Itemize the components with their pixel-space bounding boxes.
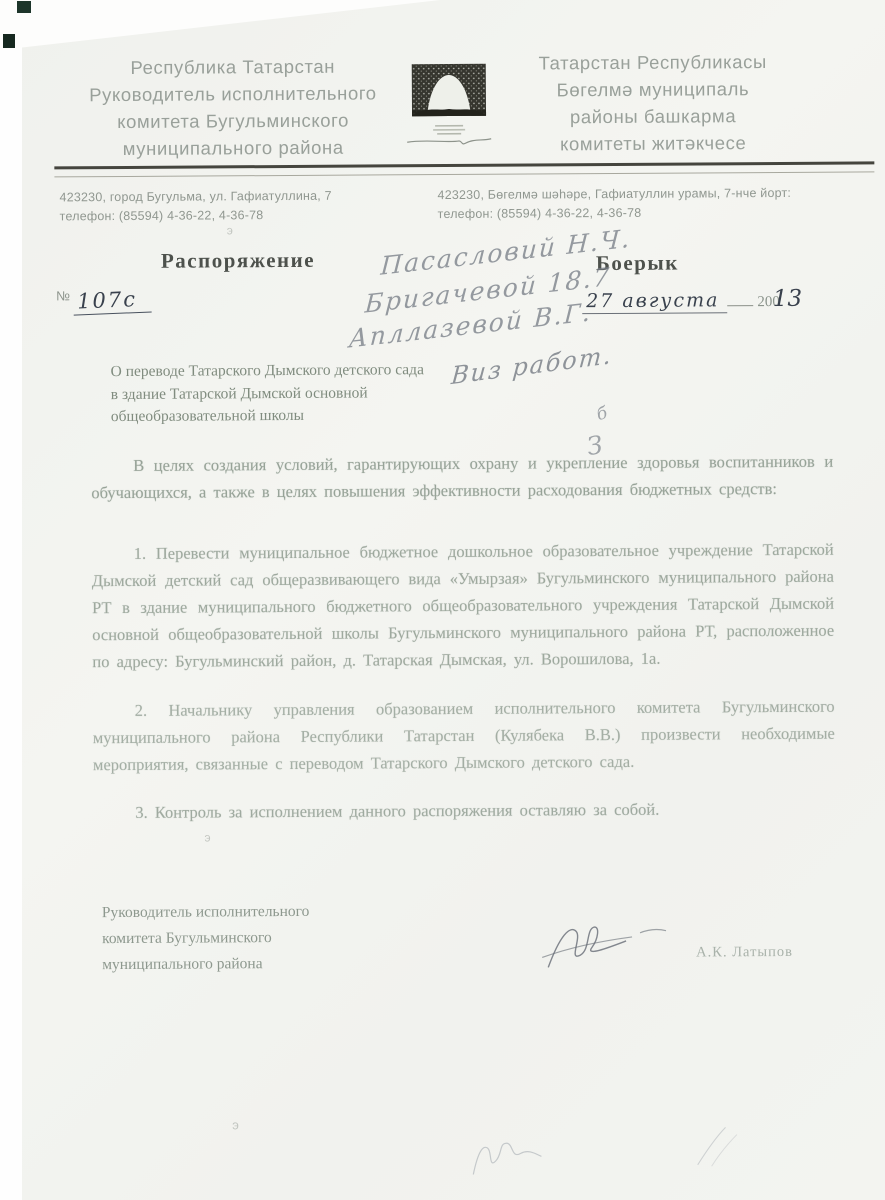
letterhead-line: комитеты житәкчесе <box>483 129 823 158</box>
contact-line: телефон: (85594) 4-36-22, 4-36-78 <box>438 202 868 224</box>
signature-title-line: Руководитель исполнительного <box>102 898 402 926</box>
letterhead-left: Республика Татарстан Руководитель исполн… <box>63 52 404 162</box>
scan-smudge-mark: э <box>204 830 210 844</box>
subject-block: О переводе Татарского Дымского детского … <box>111 359 481 429</box>
dome-emblem-icon <box>403 62 496 151</box>
handwritten-mark: б <box>595 403 610 425</box>
body-paragraph-item-3: 3. Контроль за исполнением данного распо… <box>93 795 835 827</box>
document-number-row: №107с <box>56 288 151 315</box>
handwritten-resolution-note: Виз работ. <box>450 341 614 390</box>
body-paragraph-preamble: В целях создания условий, гарантирующих … <box>91 448 833 507</box>
document-content: Республика Татарстан Руководитель исполн… <box>0 0 885 1200</box>
letterhead-line: Руководитель исполнительного <box>63 79 403 108</box>
subject-line: в здание Татарской Дымской основной <box>111 381 481 406</box>
handwritten-date: 27 августа <box>582 289 727 314</box>
header-divider-rule <box>54 161 874 177</box>
signature-title-line: муниципального района <box>102 950 402 978</box>
subject-line: общеобразовательной школы <box>111 404 481 429</box>
signature-title-line: комитета Бугульминского <box>102 924 402 952</box>
letterhead-line: Татарстан Республикасы <box>483 48 823 77</box>
document-title-russian: Распоряжение <box>161 248 315 274</box>
faint-scribble-icon <box>462 1130 548 1188</box>
handwritten-year-digits: 13 <box>773 286 802 312</box>
contact-block-left: 423230, город Бугульма, ул. Гафиатуллина… <box>59 186 439 226</box>
contact-line: телефон: (85594) 4-36-22, 4-36-78 <box>60 205 440 226</box>
contact-line: 423230, город Бугульма, ул. Гафиатуллина… <box>59 186 439 207</box>
document-date-row: 27 августа20013 <box>582 286 802 313</box>
letterhead-right: Татарстан Республикасы Бөгелмә муниципал… <box>483 48 824 158</box>
body-paragraph-item-1: 1. Перевести муниципальное бюджетное дош… <box>92 536 835 676</box>
letterhead-line: муниципального района <box>63 133 403 162</box>
letterhead-line: комитета Бугульминского <box>63 106 403 135</box>
letterhead-line: районы башкарма <box>483 102 823 131</box>
contact-block-right: 423230, Бөгелмә шәһәре, Гафиатуллин урам… <box>437 183 867 224</box>
date-blank-line <box>727 305 753 306</box>
handwritten-document-number: 107с <box>73 286 152 315</box>
scan-smudge-mark: э <box>232 1117 239 1132</box>
signer-name: А.К. Латыпов <box>696 944 793 962</box>
contact-line: 423230, Бөгелмә шәһәре, Гафиатуллин урам… <box>437 183 867 205</box>
faint-scribble-icon <box>687 1120 742 1178</box>
letterhead-line: Бөгелмә муниципаль <box>483 75 823 104</box>
handwritten-signature-icon <box>540 917 670 981</box>
number-sign-label: № <box>56 288 70 303</box>
scan-artifact-square <box>3 34 15 48</box>
scan-smudge-mark: э <box>227 223 233 237</box>
signature-title-block: Руководитель исполнительного комитета Бу… <box>102 898 402 978</box>
letterhead-line: Республика Татарстан <box>63 52 403 81</box>
scan-artifact-square <box>17 1 31 13</box>
body-paragraph-item-2: 2. Начальнику управления образованием ис… <box>93 693 835 779</box>
subject-line: О переводе Татарского Дымского детского … <box>111 359 481 384</box>
